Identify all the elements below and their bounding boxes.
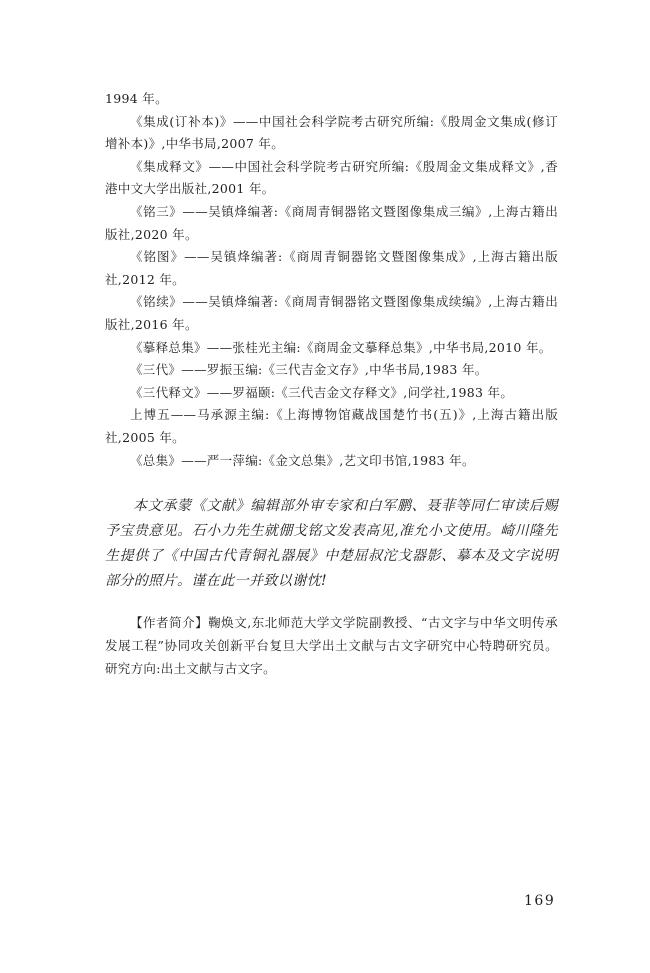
author-bio-paragraph: 【作者简介】鞠焕文,东北师范大学文学院副教授、“古文字与中华文明传承发展工程”协… — [105, 611, 558, 680]
bibliography-entry-zongji: 《总集》——严一萍编:《金文总集》,艺文印书馆,1983 年。 — [105, 450, 558, 473]
bibliography-entry-mingsan: 《铭三》——吴镇烽编著:《商周青铜器铭文暨图像集成三编》,上海古籍出版社,202… — [105, 201, 558, 246]
bibliography-entry-sandai: 《三代》——罗振玉编:《三代吉金文存》,中华书局,1983 年。 — [105, 359, 558, 382]
bibliography-entry-moshi-zongji: 《摹释总集》——张桂光主编:《商周金文摹释总集》,中华书局,2010 年。 — [105, 337, 558, 360]
text-block: 1994 年。 《集成(订补本)》——中国社会科学院考古研究所编:《殷周金文集成… — [105, 88, 558, 680]
bibliography-entry-mingxu: 《铭续》——吴镇烽编著:《商周青铜器铭文暨图像集成续编》,上海古籍出版社,201… — [105, 291, 558, 336]
bibliography-entry-mingtu: 《铭图》——吴镇烽编著:《商周青铜器铭文暨图像集成》,上海古籍出版社,2012 … — [105, 246, 558, 291]
document-page: 1994 年。 《集成(订补本)》——中国社会科学院考古研究所编:《殷周金文集成… — [0, 0, 650, 973]
acknowledgment-paragraph: 本文承蒙《文献》编辑部外审专家和白军鹏、聂菲等同仁审读后赐予宝贵意见。石小力先生… — [105, 494, 558, 594]
bibliography-entry-shangbowu: 上博五——马承源主编:《上海博物馆藏战国楚竹书(五)》,上海古籍出版社,2005… — [105, 404, 558, 449]
bibliography-entry-sandai-shiwen: 《三代释文》——罗福颐:《三代吉金文存释文》,问学社,1983 年。 — [105, 382, 558, 405]
page-number: 169 — [524, 893, 555, 909]
bibliography-entry-jicheng-dingbuben: 《集成(订补本)》——中国社会科学院考古研究所编:《殷周金文集成(修订增补本)》… — [105, 111, 558, 156]
bibliography-continuation-line: 1994 年。 — [105, 88, 558, 111]
bibliography-entry-jicheng-shiwen: 《集成释文》——中国社会科学院考古研究所编:《殷周金文集成释文》,香港中文大学出… — [105, 156, 558, 201]
